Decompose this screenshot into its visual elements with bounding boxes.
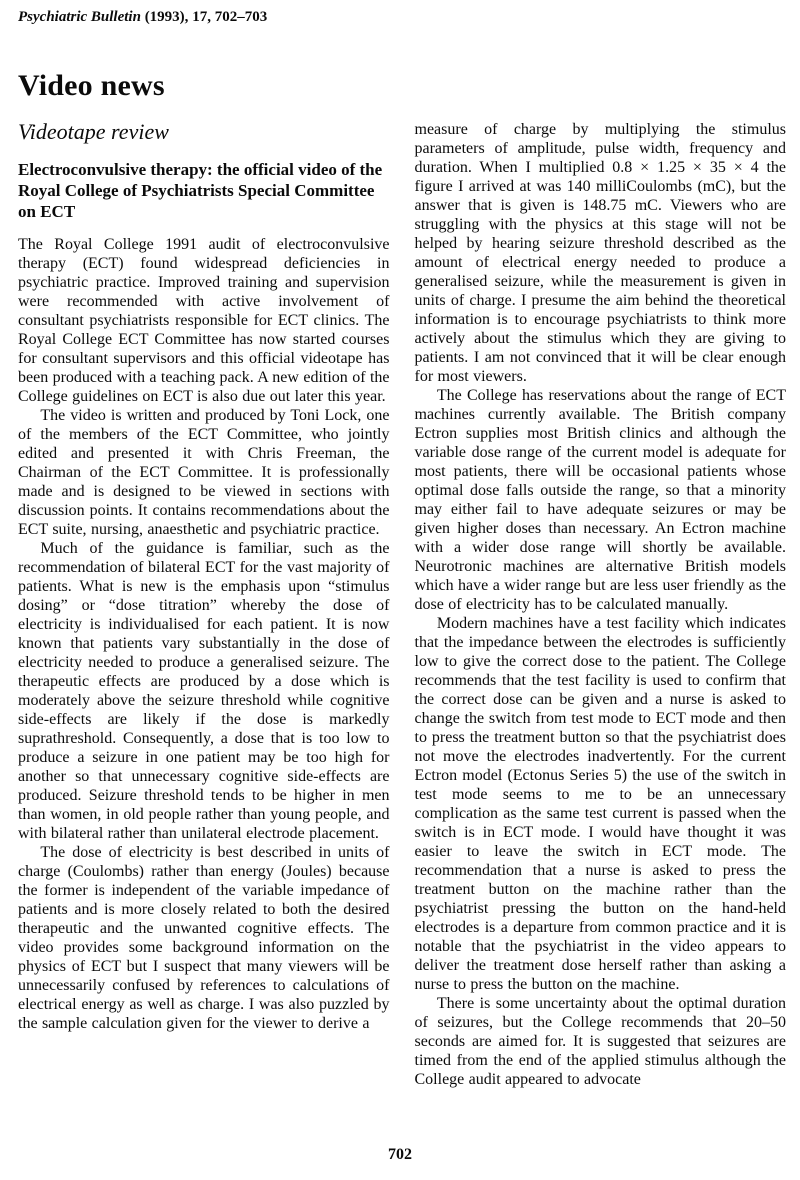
page-title: Video news <box>18 70 786 102</box>
paragraph: The Royal College 1991 audit of electroc… <box>18 235 390 406</box>
right-column: measure of charge by multiplying the sti… <box>415 120 787 1089</box>
page-number: 702 <box>0 1146 800 1164</box>
two-column-body: Videotape review Electroconvulsive thera… <box>18 120 786 1089</box>
paragraph: Much of the guidance is familiar, such a… <box>18 539 390 843</box>
journal-pages: 702–703 <box>215 9 268 25</box>
left-column: Videotape review Electroconvulsive thera… <box>18 120 390 1089</box>
journal-volume: 17, <box>192 9 211 25</box>
paragraph: Modern machines have a test facility whi… <box>415 614 787 994</box>
paragraph: There is some uncertainty about the opti… <box>415 994 787 1089</box>
section-heading: Videotape review <box>18 120 390 144</box>
journal-year: (1993), <box>145 9 189 25</box>
journal-name: Psychiatric Bulletin <box>18 9 141 25</box>
paragraph: The dose of electricity is best describe… <box>18 843 390 1033</box>
journal-reference: Psychiatric Bulletin (1993), 17, 702–703 <box>18 8 786 26</box>
paragraph: The video is written and produced by Ton… <box>18 406 390 539</box>
document-page: Psychiatric Bulletin (1993), 17, 702–703… <box>0 0 800 1180</box>
review-title: Electroconvulsive therapy: the official … <box>18 159 390 222</box>
paragraph: The College has reservations about the r… <box>415 386 787 614</box>
paragraph: measure of charge by multiplying the sti… <box>415 120 787 386</box>
